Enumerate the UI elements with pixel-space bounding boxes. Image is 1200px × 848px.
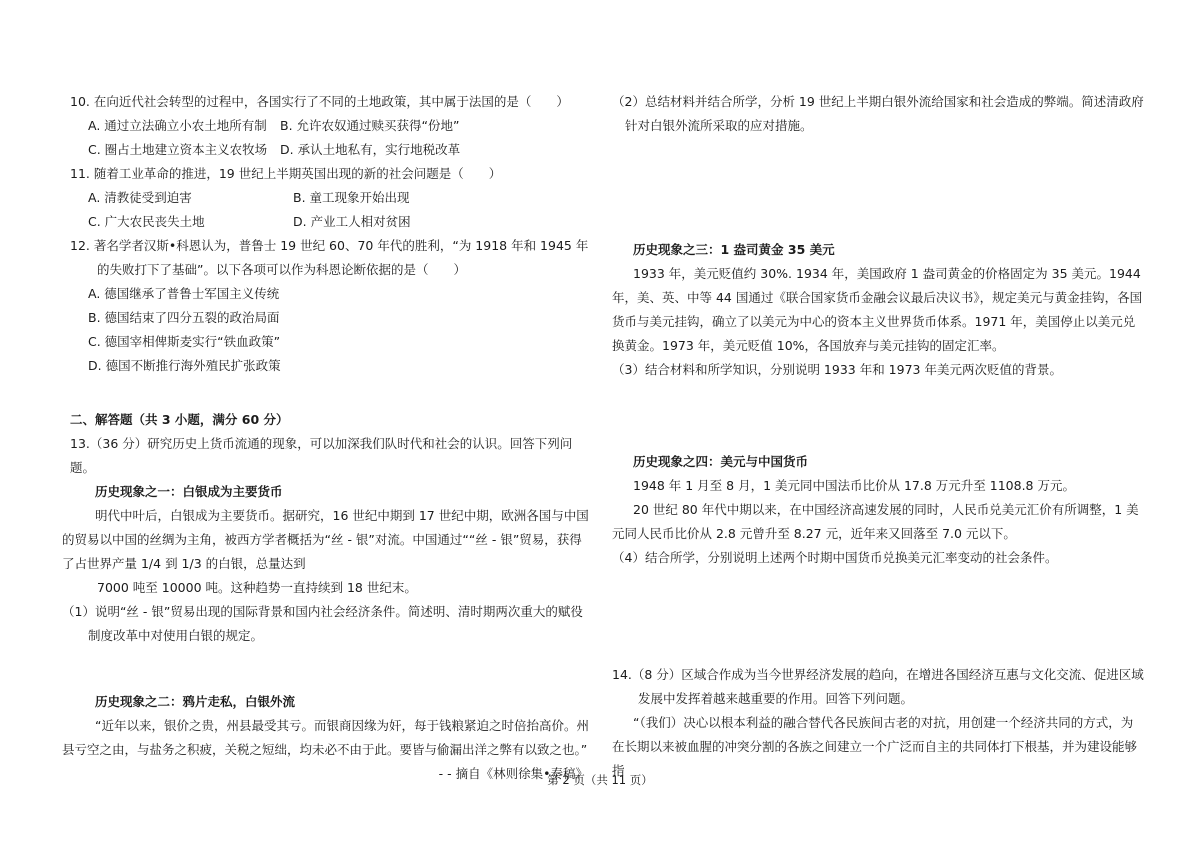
q13-phenomenon-1-body: 明代中叶后，白银成为主要货币。据研究，16 世纪中期到 17 世纪中期，欧洲各国… [62,504,590,576]
q14-stem: 14.（8 分）区域合作成为当今世界经济发展的趋向，在增进各国经济互惠与文化交流… [612,663,1144,711]
q13-phenomenon-2-body: “近年以来，银价之贵，州县最受其亏。而银商因缘为奸，每于钱粮紧迫之时倍抬高价。州… [62,714,590,762]
q13-phenomenon-1-title: 历史现象之一：白银成为主要货币 [62,480,590,504]
page-number: 第 2 页（共 11 页） [0,772,1200,788]
q12-option-d: D. 德国不断推行海外殖民扩张政策 [62,354,590,378]
left-column: 10. 在向近代社会转型的过程中，各国实行了不同的土地政策，其中属于法国的是（ … [62,90,590,786]
q13-stem: 13.（36 分）研究历史上货币流通的现象，可以加深我们队时代和社会的认识。回答… [62,432,590,480]
q10-stem: 10. 在向近代社会转型的过程中，各国实行了不同的土地政策，其中属于法国的是（ … [62,90,590,114]
right-column: （2）总结材料并结合所学，分析 19 世纪上半期白银外流给国家和社会造成的弊端。… [612,90,1144,783]
section-2-heading: 二、解答题（共 3 小题，满分 60 分） [62,408,590,432]
q10-option-d: D. 承认土地私有，实行地税改革 [280,138,460,162]
q11-option-d: D. 产业工人相对贫困 [293,210,411,234]
q13-phenomenon-4-body-2: 20 世纪 80 年代中期以来，在中国经济高速发展的同时，人民币兑美元汇价有所调… [612,498,1144,546]
q11-option-a: A. 清教徒受到迫害 [88,186,293,210]
q13-phenomenon-1-continuation: 7000 吨至 10000 吨。这种趋势一直持续到 18 世纪末。 [62,576,590,600]
q13-subquestion-3: （3）结合材料和所学知识，分别说明 1933 年和 1973 年美元两次贬值的背… [612,358,1144,382]
q10-options-row-2: C. 圈占土地建立资本主义农牧场 D. 承认土地私有，实行地税改革 [62,138,590,162]
q13-phenomenon-2-title: 历史现象之二：鸦片走私，白银外流 [62,690,590,714]
q11-stem: 11. 随着工业革命的推进，19 世纪上半期英国出现的新的社会问题是（ ） [62,162,590,186]
q13-phenomenon-3-body: 1933 年，美元贬值约 30%. 1934 年，美国政府 1 盎司黄金的价格固… [612,262,1144,358]
q12-option-c: C. 德国宰相俾斯麦实行“铁血政策” [62,330,590,354]
q12-stem: 12. 著名学者汉斯•科恩认为，普鲁士 19 世纪 60、70 年代的胜利，“为… [62,234,590,282]
q13-subquestion-2: （2）总结材料并结合所学，分析 19 世纪上半期白银外流给国家和社会造成的弊端。… [612,90,1144,138]
q11-option-b: B. 童工现象开始出现 [293,186,410,210]
q11-option-c: C. 广大农民丧失土地 [88,210,293,234]
q10-option-a: A. 通过立法确立小农土地所有制 [88,114,280,138]
q10-options-row-1: A. 通过立法确立小农土地所有制 B. 允许农奴通过赎买获得“份地” [62,114,590,138]
q12-option-b: B. 德国结束了四分五裂的政治局面 [62,306,590,330]
q10-option-c: C. 圈占土地建立资本主义农牧场 [88,138,280,162]
q13-subquestion-4: （4）结合所学，分别说明上述两个时期中国货币兑换美元汇率变动的社会条件。 [612,546,1144,570]
q12-option-a: A. 德国继承了普鲁士军国主义传统 [62,282,590,306]
q11-options-row-1: A. 清教徒受到迫害 B. 童工现象开始出现 [62,186,590,210]
q13-phenomenon-3-title: 历史现象之三：1 盎司黄金 35 美元 [612,238,1144,262]
q13-phenomenon-4-title: 历史现象之四：美元与中国货币 [612,450,1144,474]
q13-phenomenon-4-body-1: 1948 年 1 月至 8 月，1 美元同中国法币比价从 17.8 万元升至 1… [612,474,1144,498]
q13-subquestion-1: （1）说明“丝 - 银”贸易出现的国际背景和国内社会经济条件。简述明、清时期两次… [62,600,590,648]
q11-options-row-2: C. 广大农民丧失土地 D. 产业工人相对贫困 [62,210,590,234]
q10-option-b: B. 允许农奴通过赎买获得“份地” [280,114,459,138]
exam-page: 10. 在向近代社会转型的过程中，各国实行了不同的土地政策，其中属于法国的是（ … [0,0,1200,848]
